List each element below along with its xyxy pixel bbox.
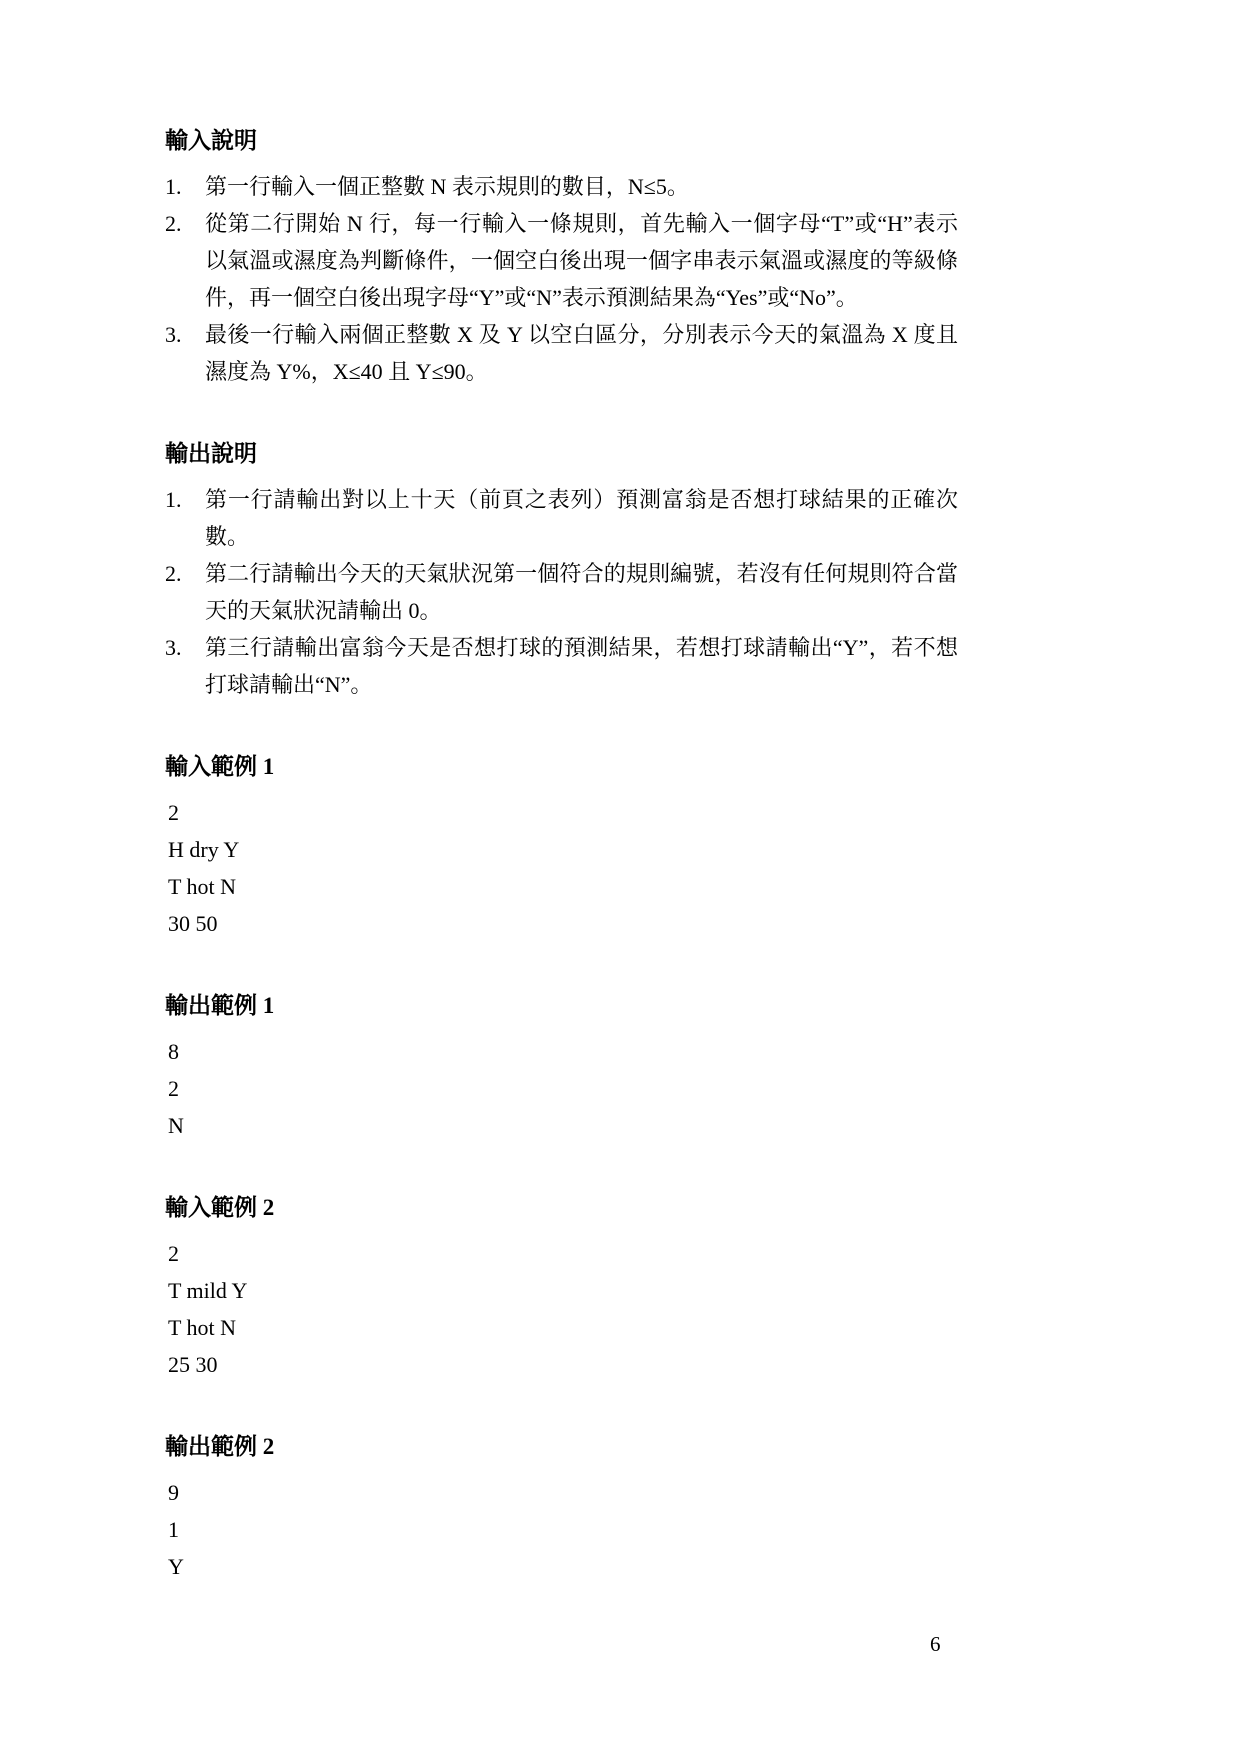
list-item: 3. 最後一行輸入兩個正整數 X 及 Y 以空白區分，分別表示今天的氣溫為 X … (165, 316, 958, 390)
example-line: Y (165, 1548, 958, 1585)
list-item-number: 2. (165, 555, 205, 629)
example-line: H dry Y (165, 831, 958, 868)
example-line: 25 30 (165, 1346, 958, 1383)
list-item: 2. 第二行請輸出今天的天氣狀況第一個符合的規則編號，若沒有任何規則符合當天的天… (165, 555, 958, 629)
example-line: 2 (165, 1235, 958, 1272)
list-item-text: 第二行請輸出今天的天氣狀況第一個符合的規則編號，若沒有任何規則符合當天的天氣狀況… (205, 555, 958, 629)
example-line: T hot N (165, 1309, 958, 1346)
example-line: 2 (165, 1070, 958, 1107)
input-description-heading: 輸入說明 (165, 126, 958, 156)
example-line: T hot N (165, 868, 958, 905)
example-line: 2 (165, 794, 958, 831)
example-line: 1 (165, 1511, 958, 1548)
example-line: 8 (165, 1033, 958, 1070)
document-page: 輸入說明 1. 第一行輸入一個正整數 N 表示規則的數目，N≤5。 2. 從第二… (0, 0, 1240, 1754)
example-line: N (165, 1107, 958, 1144)
output-example-2-section: 輸出範例 2 9 1 Y (165, 1432, 958, 1585)
list-item-text: 最後一行輸入兩個正整數 X 及 Y 以空白區分，分別表示今天的氣溫為 X 度且濕… (205, 316, 958, 390)
list-item-number: 1. (165, 168, 205, 205)
list-item-number: 2. (165, 205, 205, 316)
list-item-number: 3. (165, 316, 205, 390)
input-description-list: 1. 第一行輸入一個正整數 N 表示規則的數目，N≤5。 2. 從第二行開始 N… (165, 168, 958, 390)
list-item: 3. 第三行請輸出富翁今天是否想打球的預測結果，若想打球請輸出“Y”，若不想打球… (165, 629, 958, 703)
list-item-text: 第一行請輸出對以上十天（前頁之表列）預測富翁是否想打球結果的正確次數。 (205, 481, 958, 555)
output-example-2-heading: 輸出範例 2 (165, 1432, 958, 1462)
example-line: 30 50 (165, 905, 958, 942)
output-description-section: 輸出說明 1. 第一行請輸出對以上十天（前頁之表列）預測富翁是否想打球結果的正確… (165, 439, 958, 703)
output-description-heading: 輸出說明 (165, 439, 958, 469)
document-content: 輸入說明 1. 第一行輸入一個正整數 N 表示規則的數目，N≤5。 2. 從第二… (165, 126, 958, 1585)
list-item-number: 1. (165, 481, 205, 555)
list-item-number: 3. (165, 629, 205, 703)
example-line: 9 (165, 1474, 958, 1511)
list-item-text: 第一行輸入一個正整數 N 表示規則的數目，N≤5。 (205, 168, 958, 205)
input-example-1-heading: 輸入範例 1 (165, 752, 958, 782)
input-description-section: 輸入說明 1. 第一行輸入一個正整數 N 表示規則的數目，N≤5。 2. 從第二… (165, 126, 958, 390)
example-line: T mild Y (165, 1272, 958, 1309)
input-example-1-section: 輸入範例 1 2 H dry Y T hot N 30 50 (165, 752, 958, 942)
input-example-2-heading: 輸入範例 2 (165, 1193, 958, 1223)
list-item: 1. 第一行輸入一個正整數 N 表示規則的數目，N≤5。 (165, 168, 958, 205)
list-item: 2. 從第二行開始 N 行，每一行輸入一條規則，首先輸入一個字母“T”或“H”表… (165, 205, 958, 316)
list-item-text: 從第二行開始 N 行，每一行輸入一條規則，首先輸入一個字母“T”或“H”表示以氣… (205, 205, 958, 316)
output-example-1-section: 輸出範例 1 8 2 N (165, 991, 958, 1144)
input-example-2-section: 輸入範例 2 2 T mild Y T hot N 25 30 (165, 1193, 958, 1383)
list-item-text: 第三行請輸出富翁今天是否想打球的預測結果，若想打球請輸出“Y”，若不想打球請輸出… (205, 629, 958, 703)
list-item: 1. 第一行請輸出對以上十天（前頁之表列）預測富翁是否想打球結果的正確次數。 (165, 481, 958, 555)
output-example-1-heading: 輸出範例 1 (165, 991, 958, 1021)
output-description-list: 1. 第一行請輸出對以上十天（前頁之表列）預測富翁是否想打球結果的正確次數。 2… (165, 481, 958, 703)
page-number: 6 (930, 1632, 941, 1657)
